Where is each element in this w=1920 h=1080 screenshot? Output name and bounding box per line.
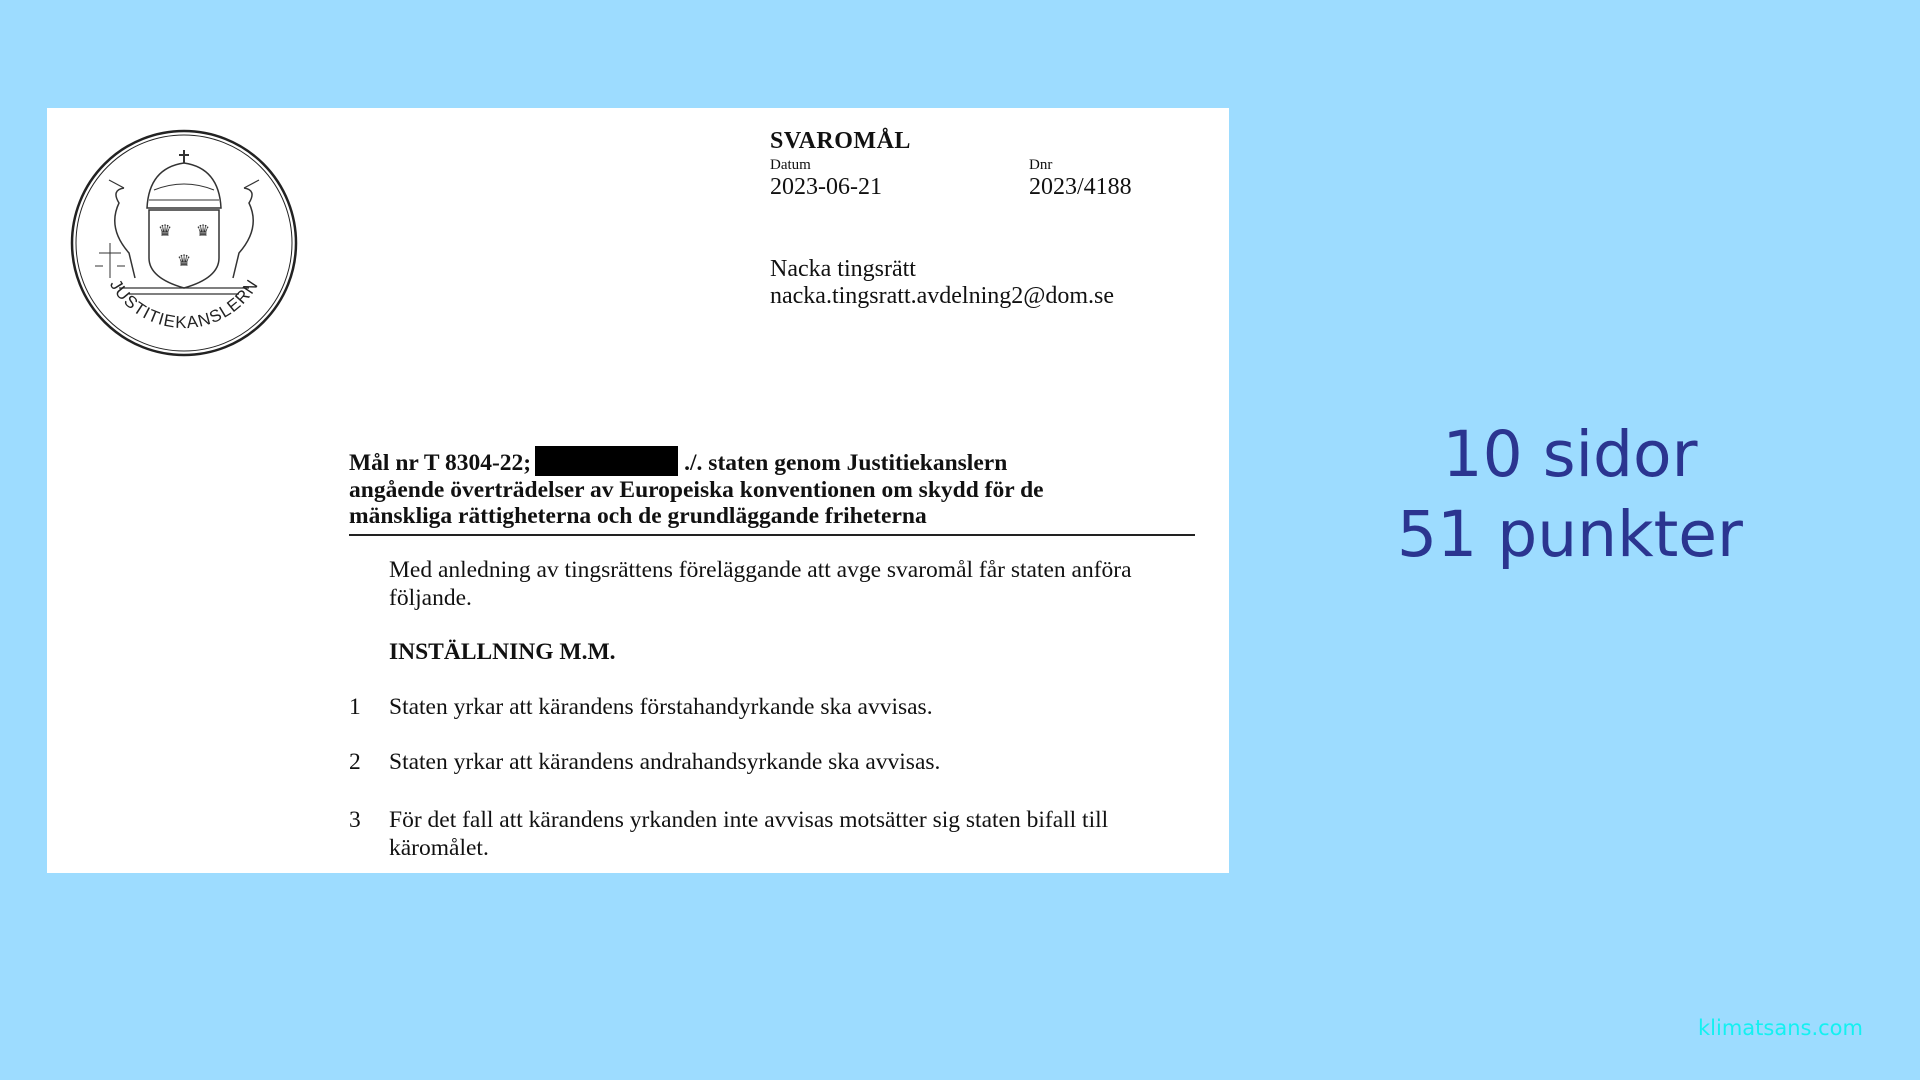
case-parties: ./. staten genom Justitiekanslern	[684, 450, 1007, 476]
page-count: 10 sidor	[1290, 415, 1850, 495]
item-number: 1	[349, 693, 379, 721]
recipient-email: nacka.tingsratt.avdelning2@dom.se	[770, 283, 1114, 310]
point-count: 51 punkter	[1290, 495, 1850, 575]
dnr-value: 2023/4188	[1029, 174, 1132, 201]
case-number: Mål nr T 8304-22;	[349, 450, 531, 476]
redaction-box	[535, 446, 678, 476]
item-text: För det fall att kärandens yrkanden inte…	[389, 806, 1189, 862]
svg-text:♛: ♛	[196, 223, 210, 240]
dnr-label: Dnr	[1029, 157, 1052, 174]
svg-text:♛: ♛	[177, 253, 191, 270]
intro-paragraph: Med anledning av tingsrättens föreläggan…	[389, 556, 1209, 612]
summary-text: 10 sidor 51 punkter	[1290, 415, 1850, 575]
document-image: ♛ ♛ ♛ JUSTITIEKANSLERN SVAROMÅL Datum 20…	[47, 108, 1229, 873]
item-text: Staten yrkar att kärandens förstahandyrk…	[389, 693, 1189, 721]
item-number: 3	[349, 806, 379, 834]
date-label: Datum	[770, 157, 811, 174]
svg-text:♛: ♛	[158, 223, 172, 240]
item-number: 2	[349, 748, 379, 776]
document-title: SVAROMÅL	[770, 128, 911, 155]
recipient-name: Nacka tingsrätt	[770, 256, 916, 283]
svg-text:JUSTITIEKANSLERN: JUSTITIEKANSLERN	[106, 276, 262, 332]
case-subject-line-3: mänskliga rättigheterna och de grundlägg…	[349, 503, 927, 529]
watermark: klimatsans.com	[1698, 1016, 1863, 1040]
case-subject-line-2: angående överträdelser av Europeiska kon…	[349, 477, 1044, 503]
justitiekanslern-seal-icon: ♛ ♛ ♛ JUSTITIEKANSLERN	[69, 128, 299, 358]
case-heading: Mål nr T 8304-22;./. staten genom Justit…	[349, 446, 1195, 536]
item-text: Staten yrkar att kärandens andrahandsyrk…	[389, 748, 1189, 776]
section-heading: INSTÄLLNING M.M.	[389, 638, 1209, 666]
date-value: 2023-06-21	[770, 174, 882, 201]
